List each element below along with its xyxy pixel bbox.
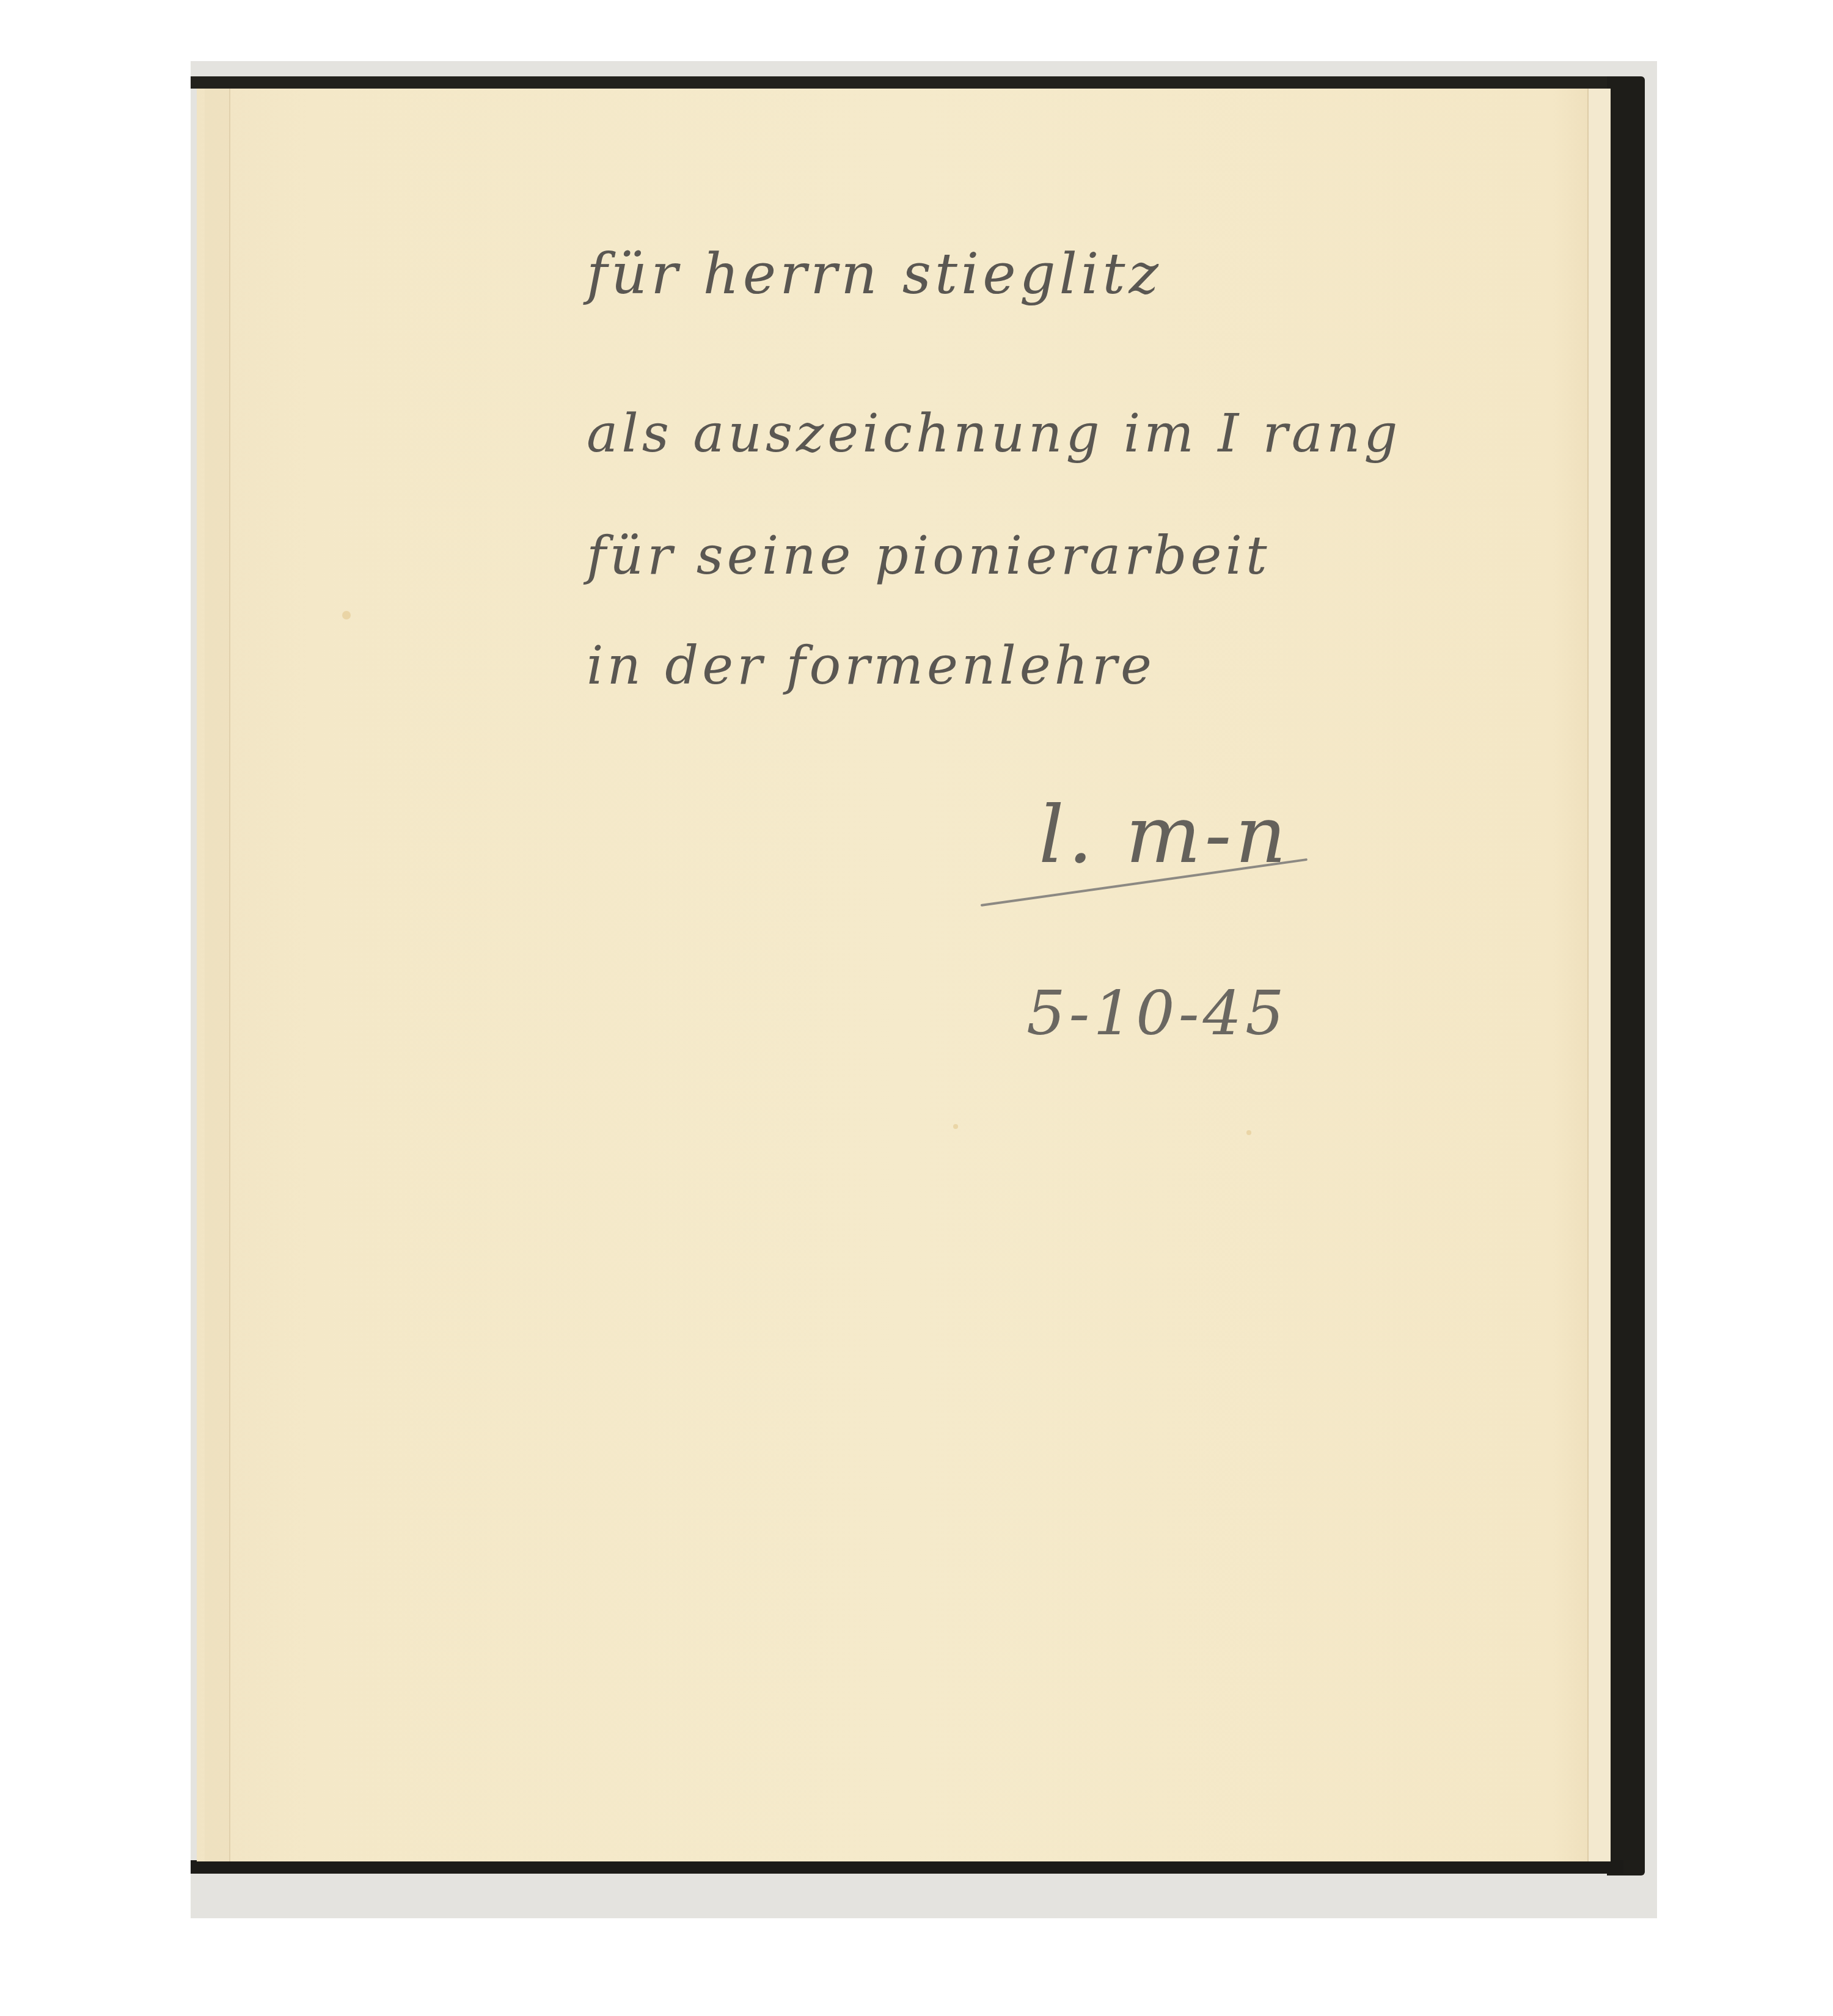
inscription-date: 5-10-45 — [1026, 977, 1288, 1049]
foxing-spot — [953, 1124, 958, 1129]
inscription-line-4: in der formenlehre — [587, 635, 1155, 696]
page-fore-edge — [1587, 89, 1611, 1861]
inscription-line-1: für herrn stieglitz — [587, 241, 1162, 307]
book-cover-top-edge — [191, 76, 1623, 89]
foxing-spot — [342, 611, 351, 619]
book-endpaper — [197, 89, 1609, 1861]
book-cover-right-edge — [1607, 76, 1645, 1875]
foxing-spot — [1246, 1130, 1251, 1135]
page-gutter — [205, 89, 230, 1861]
inscription-line-2: als auszeichnung im I rang — [587, 403, 1401, 464]
book-cover-bottom-edge — [191, 1860, 1623, 1874]
inscription-line-3: für seine pionierarbeit — [587, 525, 1270, 586]
